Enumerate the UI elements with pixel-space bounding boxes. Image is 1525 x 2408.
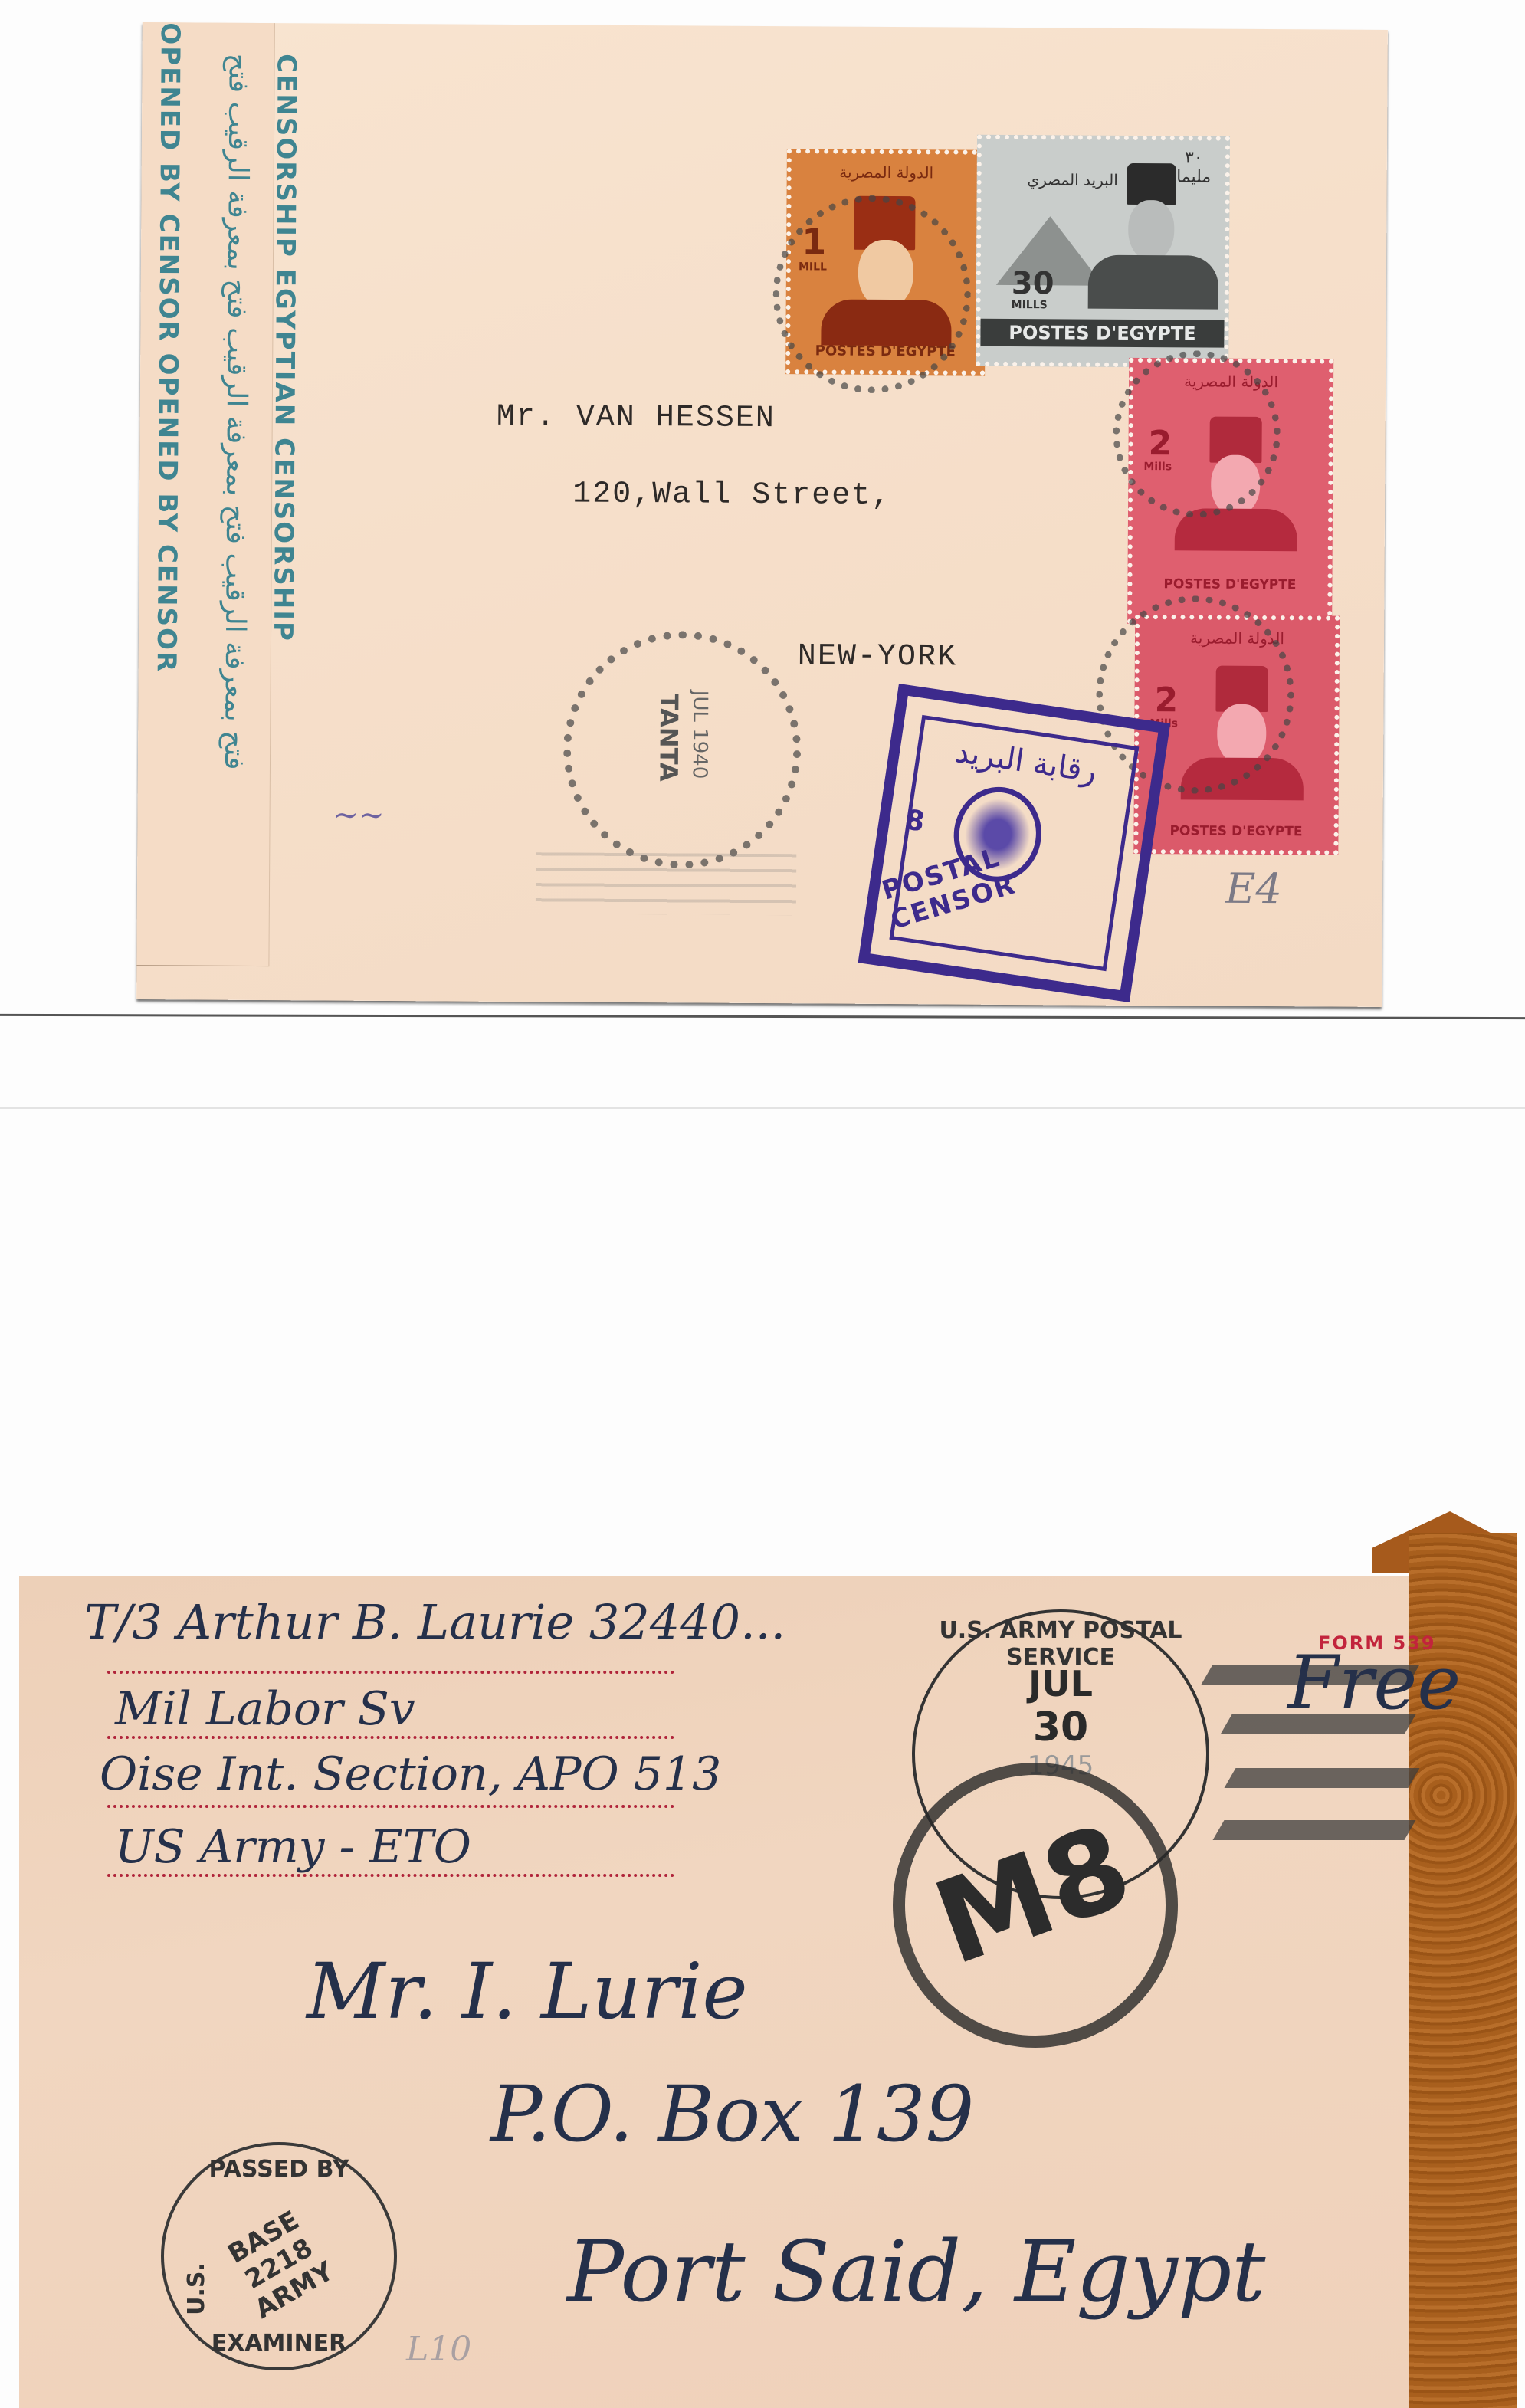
stamp-unit: MILLS: [1012, 299, 1048, 311]
return-address-line: T/3 Arthur B. Laurie 32440...: [84, 1594, 785, 1650]
examiner-middle: BASE 2218 ARMY: [196, 2190, 362, 2338]
stamp-country: POSTES D'EGYPTE: [1132, 576, 1327, 593]
censor-label-english-2: CENSORSHIP EGYPTIAN CENSORSHIP: [267, 54, 302, 642]
censor-label-english-1: OPENED BY CENSOR OPENED BY CENSOR: [151, 22, 185, 673]
m8-text: M8: [919, 1799, 1147, 1991]
stamp-country: POSTES D'EGYPTE: [1138, 823, 1333, 840]
ink-mark: ~~: [333, 798, 384, 833]
ruled-line: [107, 1736, 674, 1742]
postal-censor-handstamp: رقابة البريد 8 POSTAL CENSOR: [858, 684, 1171, 1002]
return-address-line: Mil Labor Sv: [115, 1682, 415, 1736]
passed-by-examiner-stamp: PASSED BY U.S. BASE 2218 ARMY EXAMINER: [161, 2142, 397, 2370]
postmark-month: JUL: [1015, 1666, 1107, 1701]
recipient-name: Mr. I. Lurie: [307, 1947, 748, 2036]
recipient-box: P.O. Box 139: [490, 2069, 974, 2159]
return-address-line: US Army - ETO: [115, 1820, 471, 1874]
postmark-day: 30: [1015, 1704, 1107, 1750]
address-line-name: Mr. VAN HESSEN: [497, 400, 776, 436]
postmark-town: TANTA: [654, 694, 684, 782]
address-line-city: NEW-YORK: [798, 639, 957, 674]
censorship-label-strip: OPENED BY CENSOR OPENED BY CENSOR فتح بم…: [136, 22, 275, 966]
stamp-30-mills: البريد المصري ٣٠ مليما 30 MILLS POSTES D…: [976, 135, 1230, 368]
album-page-edge: [0, 1014, 1525, 1019]
pencil-note: E4: [1225, 864, 1282, 913]
examiner-ring-top: PASSED BY: [164, 2156, 394, 2183]
free-frank-signature: Free: [1287, 1640, 1461, 1726]
stamp-arabic-header: البريد المصري: [1012, 170, 1133, 189]
killer-bar: [1212, 1820, 1415, 1840]
ruled-line: [107, 1805, 674, 1811]
censor-label-arabic: فتح بمعرفة الرقيب فتح بمعرفة الرقيب فتح …: [218, 54, 254, 770]
stamp-arabic-header: الدولة المصرية: [792, 162, 982, 182]
front-cover-envelope: OPENED BY CENSOR OPENED BY CENSOR فتح بم…: [136, 22, 1388, 1007]
return-address-line: Oise Int. Section, APO 513: [100, 1747, 721, 1801]
postmark-date: JUL 1940: [688, 691, 712, 779]
pencil-note: L10: [406, 2330, 471, 2369]
recipient-city: Port Said, Egypt: [567, 2223, 1265, 2321]
sleeve-fold-line: [0, 1107, 1525, 1109]
stamp-value: 30: [1012, 266, 1054, 301]
examiner-ring-bottom: EXAMINER: [164, 2330, 394, 2357]
address-line-street: 120,Wall Street,: [572, 477, 891, 513]
tanta-postmark: TANTA JUL 1940: [562, 630, 802, 869]
postmark-cancel-ring: [772, 195, 972, 394]
m8-cancel-mark: M8: [893, 1763, 1178, 2048]
killer-bar: [1224, 1768, 1419, 1788]
stamp-country: POSTES D'EGYPTE: [980, 319, 1224, 348]
ruled-line: [107, 1874, 674, 1880]
ruled-line: [107, 1671, 674, 1677]
postmark-cancel-ring: [1113, 350, 1281, 518]
wavy-cancel-lines: [536, 852, 796, 915]
